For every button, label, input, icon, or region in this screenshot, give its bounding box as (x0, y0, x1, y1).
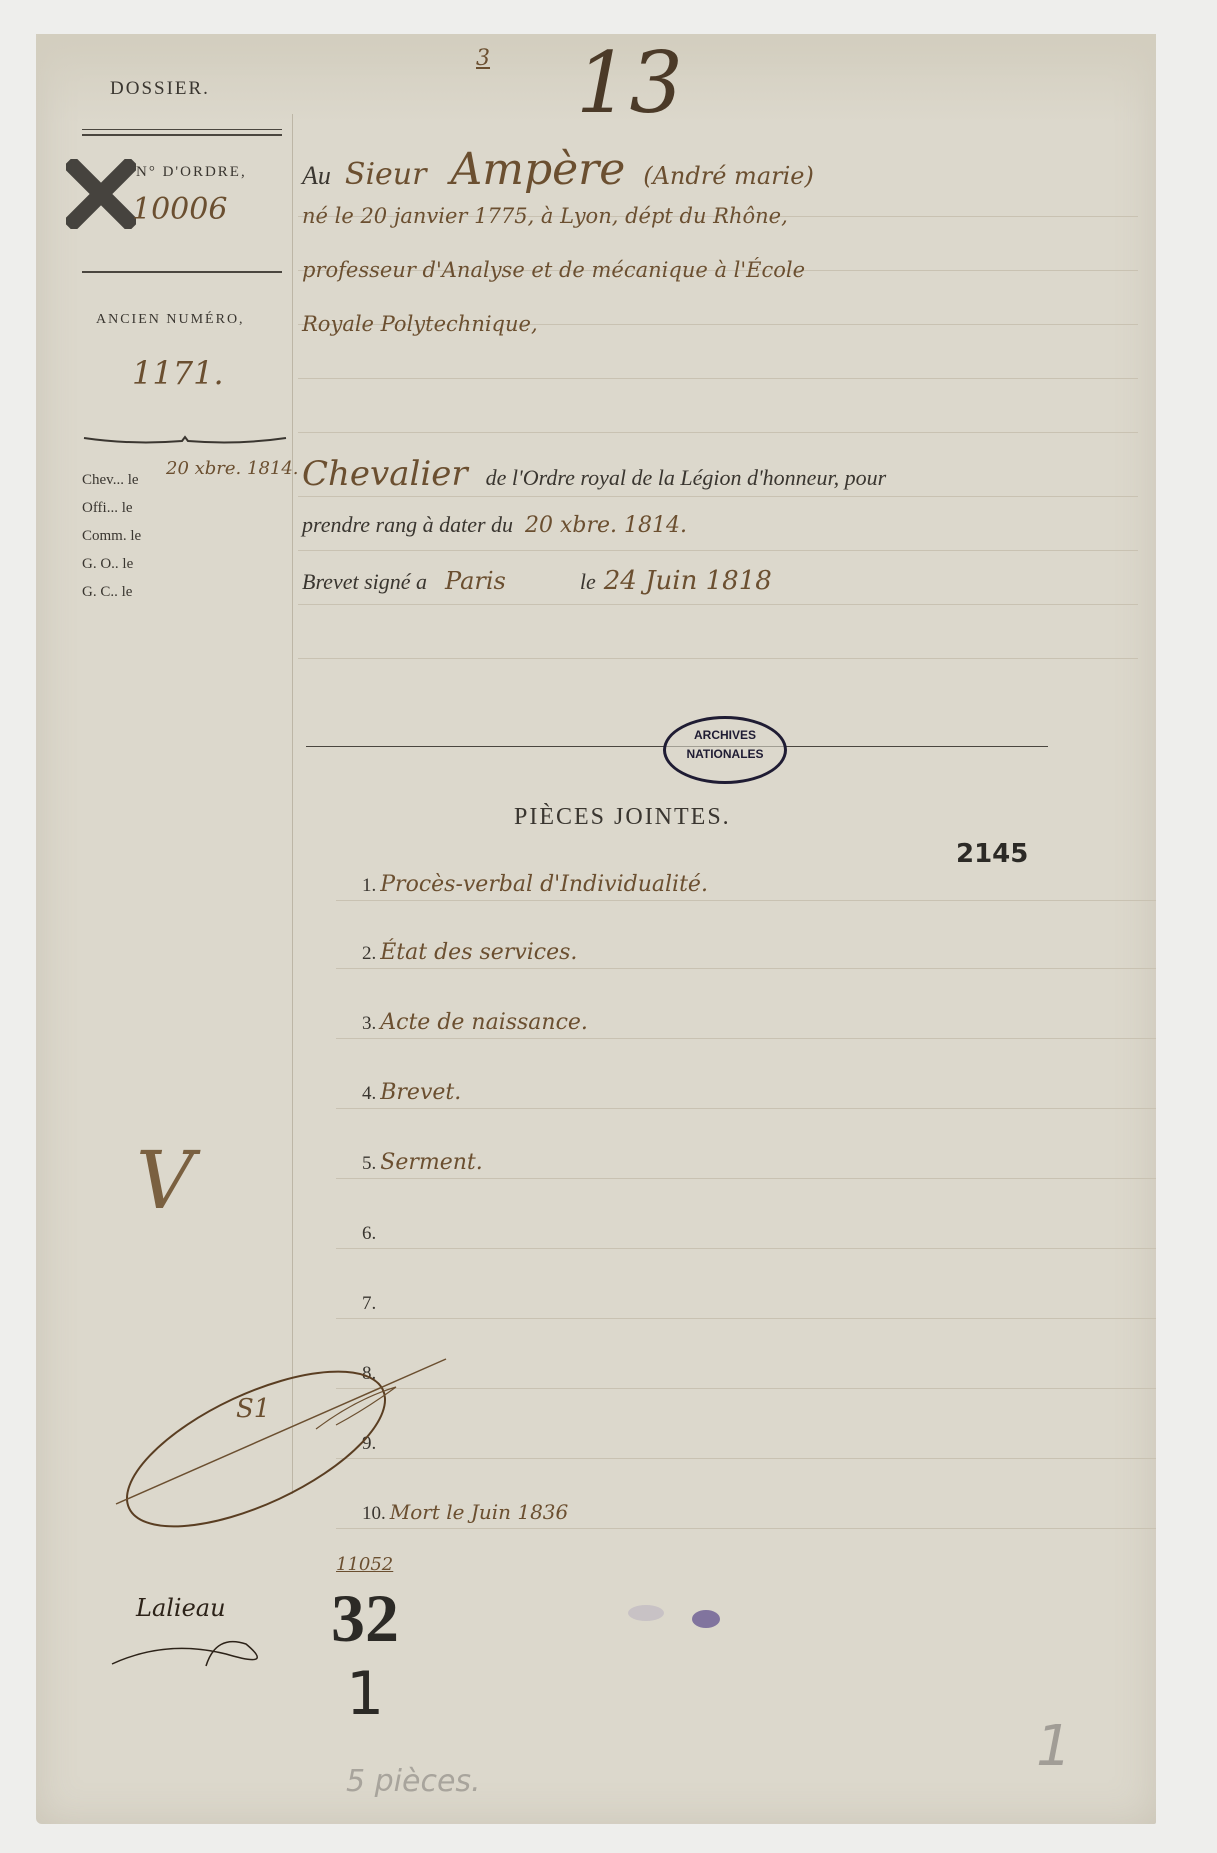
header-double-rule-bottom (82, 134, 282, 136)
piece-item-7: 7. (362, 1290, 380, 1315)
small-handwritten-number: 11052 (336, 1554, 393, 1575)
nomination-line-2: prendre rang à dater du 20 xbre. 1814. (302, 512, 687, 538)
piece-item-6: 6. (362, 1220, 380, 1245)
ancien-numero-value: 1171. (132, 354, 224, 392)
top-large-number: 13 (576, 34, 683, 132)
archival-document-page: DOSSIER. 3 13 N° D'ORDRE, 10006 ANCIEN N… (36, 34, 1156, 1824)
piece-item-5: 5.Serment. (362, 1150, 483, 1175)
brevet-prefix: Brevet signé a (302, 569, 427, 594)
nomination-rank-date: 20 xbre. 1814. (525, 513, 687, 538)
ornamental-brace-icon (82, 434, 288, 446)
nomination-line-1: Chevalier de l'Ordre royal de la Légion … (302, 454, 886, 494)
side-stamped-number: 2145 (956, 839, 1028, 869)
dossier-label: DOSSIER. (110, 78, 210, 100)
oval-flourish-icon (106, 1329, 506, 1529)
nomination-rank-prefix: prendre rang à dater du (302, 512, 513, 537)
brevet-date: 24 Juin 1818 (604, 566, 772, 596)
ancien-numero-label: ANCIEN NUMÉRO, (96, 312, 245, 328)
signature-paraph-icon (106, 1634, 286, 1674)
nomination-order: de l'Ordre royal de la Légion d'honneur,… (486, 465, 887, 490)
handwritten-one: 1 (346, 1659, 384, 1729)
top-mark: 3 (476, 46, 490, 71)
archives-nationales-stamp: ARCHIVES NATIONALES (663, 716, 787, 784)
rank-chevalier-label: Chev... le (82, 472, 139, 489)
x-stamp-icon (66, 159, 136, 229)
margin-check-mark: V (136, 1134, 194, 1227)
piece-item-4: 4.Brevet. (362, 1080, 461, 1105)
stamp-line-2: NATIONALES (666, 746, 784, 763)
recipient-institution: Royale Polytechnique, (302, 312, 538, 336)
stamped-number-32: 32 (331, 1579, 399, 1658)
rank-grand-officier-label: G. O.. le (82, 556, 133, 573)
recipient-profession: professeur d'Analyse et de mécanique à l… (302, 258, 805, 282)
oval-initials: S1 (236, 1394, 270, 1424)
brevet-place: Paris (445, 567, 506, 595)
nomination-grade: Chevalier (302, 454, 468, 494)
recipient-line-1: Au Sieur Ampère (André marie) (302, 144, 814, 195)
rank-officier-label: Offi... le (82, 500, 133, 517)
pencil-corner-mark: 1 (1036, 1714, 1072, 1779)
column-divider (292, 114, 293, 1494)
rank-chevalier-date: 20 xbre. 1814. (166, 458, 299, 479)
pieces-jointes-title: PIÈCES JOINTES. (514, 804, 731, 831)
recipient-given-names: (André marie) (643, 162, 814, 190)
piece-item-3: 3.Acte de naissance. (362, 1010, 588, 1035)
rank-commandeur-label: Comm. le (82, 528, 141, 545)
stamp-line-1: ARCHIVES (666, 727, 784, 744)
nomination-line-3: Brevet signé a Paris le 24 Juin 1818 (302, 566, 772, 596)
pencil-note: 5 pièces. (346, 1764, 481, 1799)
ink-blot-icon (626, 1599, 736, 1639)
signature: Lalieau (136, 1594, 226, 1622)
ordre-value: 10006 (132, 192, 227, 227)
recipient-title: Sieur (345, 157, 427, 192)
ordre-rule (82, 271, 282, 273)
recipient-surname: Ampère (450, 144, 625, 195)
rank-grand-croix-label: G. C.. le (82, 584, 132, 601)
piece-item-2: 2.État des services. (362, 940, 577, 965)
recipient-prefix: Au (302, 161, 331, 190)
piece-item-1: 1.Procès-verbal d'Individualité. (362, 872, 708, 897)
recipient-birth: né le 20 janvier 1775, à Lyon, dépt du R… (302, 204, 788, 228)
header-double-rule-top (82, 129, 282, 130)
brevet-le: le (580, 569, 596, 594)
ordre-label: N° D'ORDRE, (136, 164, 247, 181)
